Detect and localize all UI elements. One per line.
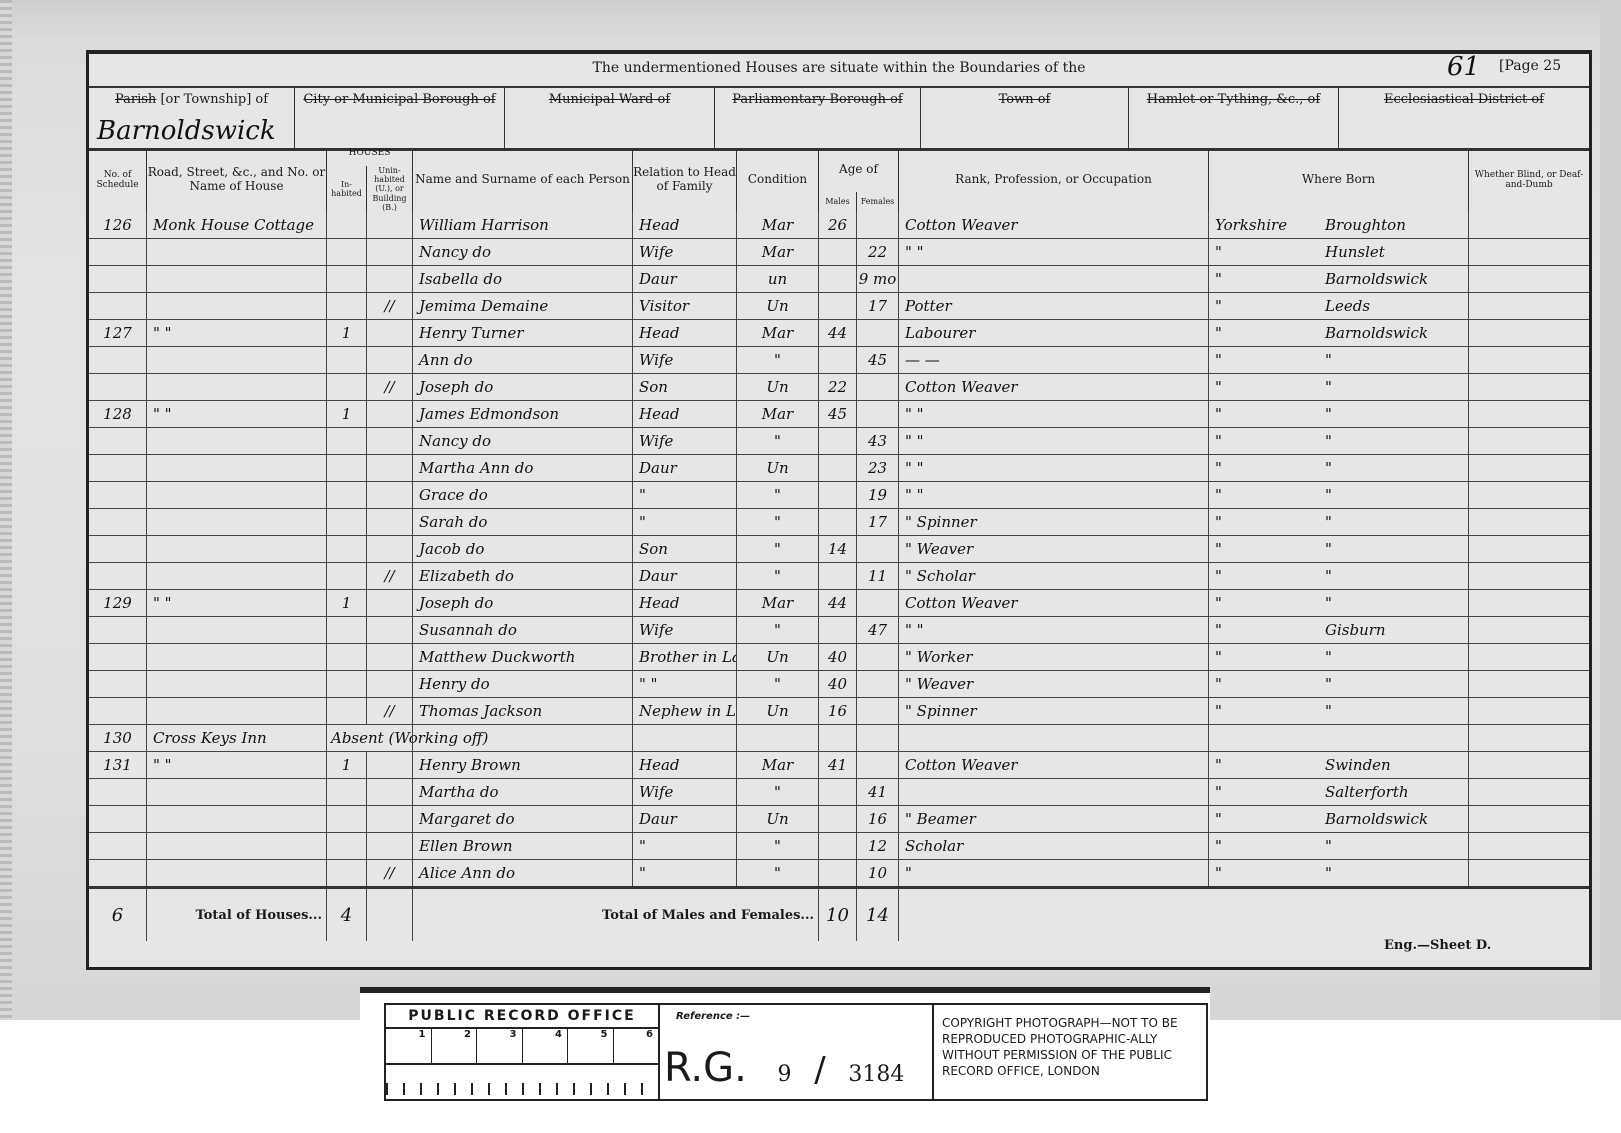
cell-unin [367, 725, 413, 752]
cell-inh [327, 482, 367, 509]
cell-female: 41 [857, 779, 899, 806]
cell-relation: Wife [633, 347, 737, 374]
cell-name: Alice Ann do [413, 860, 633, 887]
table-row: Susannah doWife"47" ""Gisburn [89, 617, 1589, 644]
cell-inh [327, 428, 367, 455]
cell-unin [367, 455, 413, 482]
cell-occupation: " " [899, 428, 1209, 455]
table-row: Sarah do""17" Spinner"" [89, 509, 1589, 536]
cell-schedule [89, 644, 147, 671]
cell-county: " [1209, 293, 1319, 320]
cell-blind [1469, 374, 1589, 401]
cell-unin: // [367, 698, 413, 725]
cell-condition: Mar [737, 752, 819, 779]
cell-female: 22 [857, 239, 899, 266]
cell-name: Thomas Jackson [413, 698, 633, 725]
table-row: Jacob doSon"14" Weaver"" [89, 536, 1589, 563]
sheet-title-row: The undermentioned Houses are situate wi… [89, 54, 1589, 88]
cell-road [147, 239, 327, 266]
cell-county: " [1209, 860, 1319, 887]
cell-occupation: — — [899, 347, 1209, 374]
cell-condition: Mar [737, 590, 819, 617]
cell-schedule: 130 [89, 725, 147, 752]
col-schedule: No. of Schedule [89, 148, 147, 212]
cell-name: Margaret do [413, 806, 633, 833]
cell-schedule [89, 698, 147, 725]
cell-male [819, 293, 857, 320]
cell-schedule [89, 860, 147, 887]
cell-occupation: " Spinner [899, 509, 1209, 536]
cell-name: Sarah do [413, 509, 633, 536]
cell-female: 45 [857, 347, 899, 374]
cell-unin [367, 509, 413, 536]
total-houses-inhabited: 4 [327, 889, 367, 941]
cell-relation: Head [633, 752, 737, 779]
cell-condition: Un [737, 698, 819, 725]
cell-road [147, 482, 327, 509]
cell-county: " [1209, 320, 1319, 347]
cell-schedule: 129 [89, 590, 147, 617]
stamp-scale: PUBLIC RECORD OFFICE 1 2 3 4 5 6 [386, 1005, 660, 1099]
cell-blind [1469, 671, 1589, 698]
cell-blind [1469, 644, 1589, 671]
cell-condition: " [737, 833, 819, 860]
cell-occupation: Scholar [899, 833, 1209, 860]
cell-place: Leeds [1319, 293, 1469, 320]
cell-female [857, 212, 899, 239]
cell-place: " [1319, 374, 1469, 401]
cell-female [857, 671, 899, 698]
cell-blind [1469, 860, 1589, 887]
cell-unin: // [367, 563, 413, 590]
cell-unin [367, 644, 413, 671]
cell-county: " [1209, 806, 1319, 833]
sheet-code: Eng.—Sheet D. [1384, 938, 1491, 953]
cell-road: " " [147, 320, 327, 347]
total-houses-label: Total of Houses... [147, 889, 327, 941]
cell-occupation: Cotton Weaver [899, 212, 1209, 239]
col-name: Name and Surname of each Person [413, 148, 633, 212]
cell-unin [367, 617, 413, 644]
cell-inh [327, 509, 367, 536]
cell-name: Henry do [413, 671, 633, 698]
cell-name: Joseph do [413, 374, 633, 401]
table-row: 131" "1Henry BrownHeadMar41Cotton Weaver… [89, 752, 1589, 779]
cell-county: Yorkshire [1209, 212, 1319, 239]
cell-road [147, 806, 327, 833]
cell-inh [327, 833, 367, 860]
cell-condition: Un [737, 293, 819, 320]
cell-unin [367, 590, 413, 617]
cell-male: 40 [819, 644, 857, 671]
margin-edge [0, 0, 12, 1020]
cell-road [147, 698, 327, 725]
cell-occupation: Cotton Weaver [899, 590, 1209, 617]
cell-female: 12 [857, 833, 899, 860]
table-row: //Thomas JacksonNephew in LawUn16" Spinn… [89, 698, 1589, 725]
cell-place: Salterforth [1319, 779, 1469, 806]
cell-relation: Wife [633, 779, 737, 806]
cell-road: Cross Keys Inn [147, 725, 327, 752]
cell-male: 44 [819, 320, 857, 347]
total-males: 10 [819, 889, 857, 941]
cell-blind [1469, 293, 1589, 320]
cell-occupation: Potter [899, 293, 1209, 320]
table-row: Matthew DuckworthBrother in LawUn40" Wor… [89, 644, 1589, 671]
boundary-hamlet: Hamlet or Tything, &c., of [1129, 86, 1339, 148]
boundary-parish: Parish [or Township] of Barnoldswick [89, 86, 295, 148]
cell-female: 11 [857, 563, 899, 590]
cell-road [147, 671, 327, 698]
cell-county: " [1209, 374, 1319, 401]
cell-relation: " [633, 860, 737, 887]
scale-3: 3 [477, 1029, 523, 1063]
table-row: Isabella doDaurun9 mo"Barnoldswick [89, 266, 1589, 293]
cell-unin [367, 401, 413, 428]
cell-blind [1469, 347, 1589, 374]
cell-condition: " [737, 482, 819, 509]
parish-label: [or Township] of [160, 92, 268, 107]
cell-male [819, 239, 857, 266]
cell-county: " [1209, 482, 1319, 509]
cell-schedule [89, 347, 147, 374]
cell-place: " [1319, 428, 1469, 455]
cell-road [147, 509, 327, 536]
cell-county: " [1209, 617, 1319, 644]
cell-male: 41 [819, 752, 857, 779]
scale-numbers: 1 2 3 4 5 6 [386, 1029, 658, 1065]
reference-folio: 3184 [848, 1062, 904, 1087]
cell-name: William Harrison [413, 212, 633, 239]
reference-piece: 9 [778, 1062, 792, 1087]
cell-male [819, 617, 857, 644]
cell-male: 45 [819, 401, 857, 428]
cell-unin: // [367, 293, 413, 320]
scale-1: 1 [386, 1029, 432, 1063]
cell-place: Hunslet [1319, 239, 1469, 266]
cell-inh [327, 671, 367, 698]
stamp-box: PUBLIC RECORD OFFICE 1 2 3 4 5 6 Referen… [384, 1003, 1208, 1101]
cell-occupation: " " [899, 401, 1209, 428]
stamp-reference: Reference :— R.G. 9 / 3184 [660, 1005, 934, 1099]
cell-occupation [899, 266, 1209, 293]
cell-male [819, 563, 857, 590]
stamp-title: PUBLIC RECORD OFFICE [386, 1005, 658, 1029]
cell-county: " [1209, 698, 1319, 725]
cell-county: " [1209, 239, 1319, 266]
cell-road [147, 347, 327, 374]
cell-road [147, 644, 327, 671]
cell-name: Isabella do [413, 266, 633, 293]
cell-county: " [1209, 536, 1319, 563]
cell-county: " [1209, 509, 1319, 536]
cell-road: Monk House Cottage [147, 212, 327, 239]
cell-male: 16 [819, 698, 857, 725]
cell-place: " [1319, 482, 1469, 509]
cell-place: " [1319, 401, 1469, 428]
cell-occupation: " Scholar [899, 563, 1209, 590]
cell-place: " [1319, 860, 1469, 887]
boundary-ward: Municipal Ward of [505, 86, 715, 148]
cell-name: Henry Turner [413, 320, 633, 347]
cell-relation: Daur [633, 563, 737, 590]
reference-label: Reference :— [676, 1011, 750, 1022]
cell-inh [327, 347, 367, 374]
cell-road [147, 833, 327, 860]
scale-4: 4 [523, 1029, 569, 1063]
cell-schedule [89, 239, 147, 266]
scale-6: 6 [614, 1029, 659, 1063]
cell-female [857, 374, 899, 401]
cell-inh [327, 617, 367, 644]
col-born: Where Born [1209, 148, 1469, 212]
cell-occupation: Cotton Weaver [899, 374, 1209, 401]
cell-schedule [89, 833, 147, 860]
cell-occupation: " " [899, 455, 1209, 482]
cell-county: " [1209, 563, 1319, 590]
cell-male [819, 347, 857, 374]
cell-county: " [1209, 266, 1319, 293]
cell-inh: 1 [327, 320, 367, 347]
cell-road [147, 779, 327, 806]
copyright-notice: COPYRIGHT PHOTOGRAPH—NOT TO BE REPRODUCE… [942, 1015, 1204, 1079]
census-scan: The undermentioned Houses are situate wi… [0, 0, 1621, 1020]
cell-relation: Son [633, 374, 737, 401]
cell-unin [367, 239, 413, 266]
cell-blind [1469, 455, 1589, 482]
col-females: Females [857, 192, 899, 212]
cell-occupation: " Spinner [899, 698, 1209, 725]
cell-male [819, 509, 857, 536]
cell-unin [367, 779, 413, 806]
cell-inh [327, 536, 367, 563]
cell-road: " " [147, 752, 327, 779]
cell-blind [1469, 833, 1589, 860]
cell-occupation: " " [899, 617, 1209, 644]
parish-value: Barnoldswick [97, 116, 276, 146]
cell-place: Broughton [1319, 212, 1469, 239]
col-inhabited: In-habited [327, 166, 367, 212]
total-persons-label: Total of Males and Females... [413, 889, 819, 941]
cell-inh [327, 266, 367, 293]
table-row: Ann doWife"45— —"" [89, 347, 1589, 374]
cell-county: " [1209, 428, 1319, 455]
cell-unin [367, 833, 413, 860]
cell-relation: " [633, 509, 737, 536]
cell-inh [327, 563, 367, 590]
cell-condition: " [737, 671, 819, 698]
cell-county: " [1209, 779, 1319, 806]
table-row: //Alice Ann do""10""" [89, 860, 1589, 887]
cell-road [147, 563, 327, 590]
cell-place: " [1319, 347, 1469, 374]
cell-road [147, 374, 327, 401]
cell-relation: Head [633, 320, 737, 347]
cell-county: " [1209, 401, 1319, 428]
cell-relation: Brother in Law [633, 644, 737, 671]
cell-male [819, 779, 857, 806]
boundaries-row: Parish [or Township] of Barnoldswick Cit… [89, 86, 1589, 151]
cell-schedule [89, 266, 147, 293]
cell-name: Martha do [413, 779, 633, 806]
cell-name: Matthew Duckworth [413, 644, 633, 671]
cell-female: 10 [857, 860, 899, 887]
cell-condition: Mar [737, 401, 819, 428]
cell-inh [327, 239, 367, 266]
cell-female: 23 [857, 455, 899, 482]
col-road: Road, Street, &c., and No. or Name of Ho… [147, 148, 327, 212]
cell-unin [367, 347, 413, 374]
cell-name: Martha Ann do [413, 455, 633, 482]
cell-blind [1469, 266, 1589, 293]
cell-condition: Un [737, 806, 819, 833]
cell-place: " [1319, 509, 1469, 536]
ruler-ticks [386, 1065, 658, 1097]
cell-place: " [1319, 563, 1469, 590]
margin-edge-right [1600, 0, 1621, 1020]
cell-road: " " [147, 401, 327, 428]
cell-unin [367, 266, 413, 293]
cell-relation [633, 725, 737, 752]
cell-inh [327, 698, 367, 725]
cell-inh [327, 806, 367, 833]
reference-slash: / [814, 1050, 825, 1090]
cell-blind [1469, 320, 1589, 347]
cell-male: 22 [819, 374, 857, 401]
cell-blind [1469, 563, 1589, 590]
reference-value: R.G. 9 / 3184 [664, 1045, 904, 1091]
cell-female [857, 644, 899, 671]
cell-relation: Head [633, 401, 737, 428]
cell-road [147, 455, 327, 482]
cell-condition: " [737, 428, 819, 455]
cell-name: Ellen Brown [413, 833, 633, 860]
cell-occupation: " Beamer [899, 806, 1209, 833]
cell-schedule [89, 428, 147, 455]
cell-name: Nancy do [413, 239, 633, 266]
cell-blind [1469, 617, 1589, 644]
table-row: 127" "1Henry TurnerHeadMar44Labourer"Bar… [89, 320, 1589, 347]
cell-name: Jemima Demaine [413, 293, 633, 320]
cell-occupation [899, 779, 1209, 806]
cell-occupation [899, 725, 1209, 752]
scale-2: 2 [432, 1029, 478, 1063]
cell-unin [367, 320, 413, 347]
cell-blind [1469, 536, 1589, 563]
cell-female [857, 698, 899, 725]
total-uninhabited [367, 889, 413, 941]
scale-5: 5 [568, 1029, 614, 1063]
cell-blind [1469, 482, 1589, 509]
cell-schedule [89, 563, 147, 590]
cell-schedule: 127 [89, 320, 147, 347]
cell-relation: Daur [633, 266, 737, 293]
cell-relation: " " [633, 671, 737, 698]
cell-male [819, 428, 857, 455]
cell-schedule [89, 536, 147, 563]
cell-occupation: " Worker [899, 644, 1209, 671]
cell-place [1319, 725, 1469, 752]
cell-condition: " [737, 860, 819, 887]
boundary-parliamentary: Parliamentary Borough of [715, 86, 921, 148]
cell-condition: Mar [737, 239, 819, 266]
cell-condition: " [737, 779, 819, 806]
cell-schedule [89, 374, 147, 401]
cell-unin [367, 428, 413, 455]
parish-label-struck: Parish [115, 92, 156, 107]
cell-female: 17 [857, 293, 899, 320]
cell-schedule [89, 293, 147, 320]
cell-blind [1469, 509, 1589, 536]
cell-place: " [1319, 671, 1469, 698]
col-uninhabited: Unin-habited (U.), or Building (B.) [367, 166, 413, 212]
cell-condition [737, 725, 819, 752]
table-row: Nancy doWife"43" """ [89, 428, 1589, 455]
cell-relation: Wife [633, 617, 737, 644]
cell-male [819, 860, 857, 887]
cell-occupation: Labourer [899, 320, 1209, 347]
cell-inh: 1 [327, 752, 367, 779]
cell-inh: 1 [327, 590, 367, 617]
cell-inh [327, 860, 367, 887]
cell-schedule [89, 455, 147, 482]
cell-inh [327, 644, 367, 671]
table-row: Ellen Brown""12Scholar"" [89, 833, 1589, 860]
cell-blind [1469, 806, 1589, 833]
col-occupation: Rank, Profession, or Occupation [899, 148, 1209, 212]
cell-inh [327, 293, 367, 320]
cell-female: 17 [857, 509, 899, 536]
cell-name [413, 725, 633, 752]
cell-unin: // [367, 374, 413, 401]
sheet-title: The undermentioned Houses are situate wi… [89, 60, 1589, 76]
cell-inh [327, 455, 367, 482]
cell-name: Ann do [413, 347, 633, 374]
cell-male: 14 [819, 536, 857, 563]
cell-male: 40 [819, 671, 857, 698]
cell-place: Gisburn [1319, 617, 1469, 644]
cell-female [857, 401, 899, 428]
cell-relation: Wife [633, 428, 737, 455]
cell-condition: Un [737, 374, 819, 401]
cell-schedule [89, 617, 147, 644]
cell-occupation: " [899, 860, 1209, 887]
cell-schedule [89, 671, 147, 698]
cell-place: Swinden [1319, 752, 1469, 779]
boundary-town: Town of [921, 86, 1129, 148]
cell-relation: Wife [633, 239, 737, 266]
cell-county: " [1209, 833, 1319, 860]
cell-inh: 1 [327, 401, 367, 428]
cell-schedule: 128 [89, 401, 147, 428]
col-age: Age of [819, 148, 899, 192]
cell-female [857, 320, 899, 347]
cell-relation: Head [633, 590, 737, 617]
census-sheet: The undermentioned Houses are situate wi… [86, 50, 1592, 970]
cell-condition: un [737, 266, 819, 293]
cell-road: " " [147, 590, 327, 617]
cell-male: 26 [819, 212, 857, 239]
cell-blind [1469, 752, 1589, 779]
cell-unin [367, 212, 413, 239]
cell-road [147, 536, 327, 563]
table-row: Martha doWife"41"Salterforth [89, 779, 1589, 806]
cell-schedule [89, 806, 147, 833]
cell-name: Henry Brown [413, 752, 633, 779]
cell-county: " [1209, 590, 1319, 617]
cell-unin [367, 806, 413, 833]
cell-male: 44 [819, 590, 857, 617]
